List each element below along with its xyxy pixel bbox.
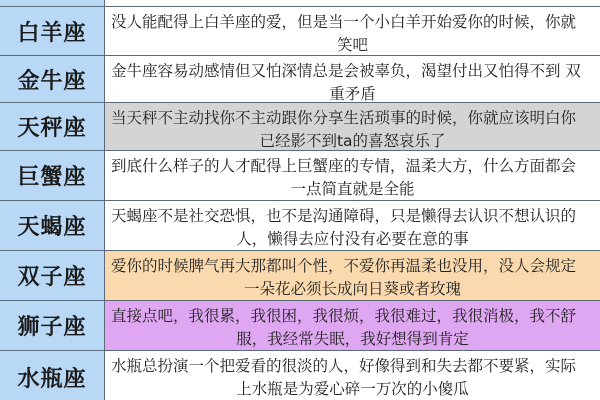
zodiac-desc-cell: 到底什么样子的人才配得上巨蟹座的专情，温柔大方，什么方面都会 一点简直就是全能 xyxy=(105,151,600,200)
table-row: 双子座 爱你的时候脾气再大那都叫个性，不爱你再温柔也没用，没人会规定 一朵花必须… xyxy=(0,251,600,301)
zodiac-desc-cell: 金牛座容易动感情但又怕深情总是会被辜负，渴望付出又怕得不到 双 重矛盾 xyxy=(105,56,600,102)
zodiac-name-cell: 水瓶座 xyxy=(0,351,105,400)
desc-line-2: 上水瓶是为爱心碎一万次的小傻瓜 xyxy=(111,378,594,400)
desc-line-2: 已经影不到ta的喜怒哀乐了 xyxy=(111,130,594,150)
table-row: 金牛座 金牛座容易动感情但又怕深情总是会被辜负，渴望付出又怕得不到 双 重矛盾 xyxy=(0,56,600,103)
zodiac-name-cell xyxy=(0,0,105,6)
desc-line-1: 水瓶总扮演一个把爱看的很淡的人，好像得到和失去都不要紧，实际 xyxy=(111,355,594,378)
desc-line-2: 一点简直就是全能 xyxy=(111,178,594,200)
table-row: 巨蟹座 到底什么样子的人才配得上巨蟹座的专情，温柔大方，什么方面都会 一点简直就… xyxy=(0,151,600,201)
table-row: 白羊座 没人能配得上白羊座的爱，但是当一个小白羊开始爱你的时候，你就 笑吧 xyxy=(0,7,600,56)
zodiac-name-cell: 天秤座 xyxy=(0,103,105,150)
zodiac-table: …………… 白羊座 没人能配得上白羊座的爱，但是当一个小白羊开始爱你的时候，你就… xyxy=(0,0,600,400)
zodiac-name-cell: 双子座 xyxy=(0,251,105,300)
desc-line-2: 笑吧 xyxy=(111,34,594,55)
zodiac-name-cell: 金牛座 xyxy=(0,56,105,102)
table-row-partial: …………… xyxy=(0,0,600,7)
zodiac-name-cell: 白羊座 xyxy=(0,7,105,55)
table-row: 狮子座 直接点吧，我很累，我很困，我很烦，我很难过，我很消极，我不舒 服，我经常… xyxy=(0,301,600,351)
zodiac-desc-cell: 爱你的时候脾气再大那都叫个性，不爱你再温柔也没用，没人会规定 一朵花必须长成向日… xyxy=(105,251,600,300)
zodiac-desc-cell: 水瓶总扮演一个把爱看的很淡的人，好像得到和失去都不要紧，实际 上水瓶是为爱心碎一… xyxy=(105,351,600,400)
desc-line-2: 重矛盾 xyxy=(111,83,594,102)
desc-line-1: 天蝎座不是社交恐惧，也不是沟通障碍，只是懒得去认识不想认识的 xyxy=(111,205,594,228)
desc-line-1: 当天秤不主动找你不主动跟你分享生活琐事的时候，你就应该明白你 xyxy=(111,107,594,130)
zodiac-desc-cell: 没人能配得上白羊座的爱，但是当一个小白羊开始爱你的时候，你就 笑吧 xyxy=(105,7,600,55)
table-row: 天秤座 当天秤不主动找你不主动跟你分享生活琐事的时候，你就应该明白你 已经影不到… xyxy=(0,103,600,151)
desc-line-2: 一朵花必须长成向日葵或者玫瑰 xyxy=(111,278,594,300)
zodiac-name-cell: 巨蟹座 xyxy=(0,151,105,200)
desc-line-2: 服，我经常失眠，我好想得到肯定 xyxy=(111,328,594,350)
desc-line-1: 直接点吧，我很累，我很困，我很烦，我很难过，我很消极，我不舒 xyxy=(111,305,594,328)
desc-line-2: 人，懒得去应付没有必要在意的事 xyxy=(111,228,594,250)
desc-line-1: 没人能配得上白羊座的爱，但是当一个小白羊开始爱你的时候，你就 xyxy=(111,11,594,34)
desc-line-1: 金牛座容易动感情但又怕深情总是会被辜负，渴望付出又怕得不到 双 xyxy=(111,60,594,83)
zodiac-name-cell: 天蝎座 xyxy=(0,201,105,250)
zodiac-desc-cell: …………… xyxy=(105,0,600,6)
zodiac-desc-cell: 直接点吧，我很累，我很困，我很烦，我很难过，我很消极，我不舒 服，我经常失眠，我… xyxy=(105,301,600,350)
zodiac-desc-cell: 当天秤不主动找你不主动跟你分享生活琐事的时候，你就应该明白你 已经影不到ta的喜… xyxy=(105,103,600,150)
zodiac-desc-cell: 天蝎座不是社交恐惧，也不是沟通障碍，只是懒得去认识不想认识的 人，懒得去应付没有… xyxy=(105,201,600,250)
desc-line-1: 到底什么样子的人才配得上巨蟹座的专情，温柔大方，什么方面都会 xyxy=(111,155,594,178)
zodiac-name-cell: 狮子座 xyxy=(0,301,105,350)
desc-line-1: 爱你的时候脾气再大那都叫个性，不爱你再温柔也没用，没人会规定 xyxy=(111,255,594,278)
table-row: 水瓶座 水瓶总扮演一个把爱看的很淡的人，好像得到和失去都不要紧，实际 上水瓶是为… xyxy=(0,351,600,400)
table-row: 天蝎座 天蝎座不是社交恐惧，也不是沟通障碍，只是懒得去认识不想认识的 人，懒得去… xyxy=(0,201,600,251)
